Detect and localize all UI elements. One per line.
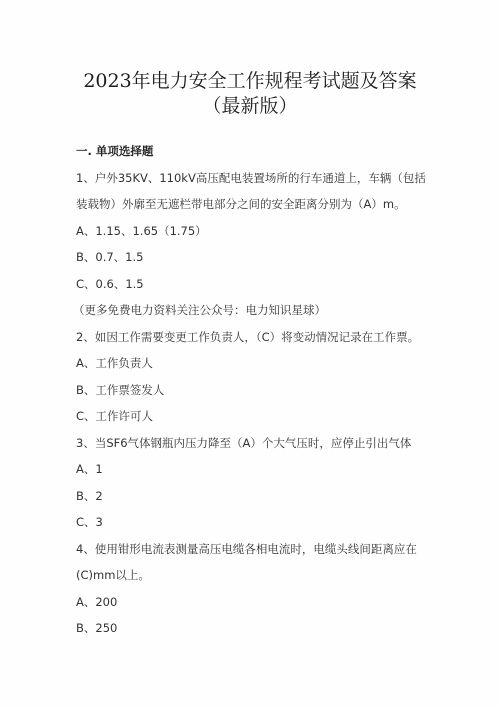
question-1-text: 1、户外35KV、110kV高压配电装置场所的行车通道上，车辆（包括 bbox=[76, 168, 476, 195]
question-3-option-b: B、2 bbox=[76, 486, 476, 513]
question-3-option-c: C、3 bbox=[76, 512, 476, 539]
question-1-option-c: C、0.6、1.5 bbox=[76, 274, 476, 301]
document-page: 2023年电力安全工作规程考试题及答案 （最新版） 一. 单项选择题 1、户外3… bbox=[0, 0, 500, 707]
question-3-text: 3、当SF6气体钢瓶内压力降至（A）个大气压时，应停止引出气体 bbox=[76, 433, 476, 460]
promo-note: （更多免费电力资料关注公众号：电力知识星球） bbox=[73, 300, 476, 327]
question-4-option-a: A、200 bbox=[76, 592, 476, 619]
question-3-option-a: A、1 bbox=[76, 459, 476, 486]
section-heading: 一. 单项选择题 bbox=[76, 141, 476, 168]
question-1-text-continued: 装载物）外廓至无遮栏带电部分之间的安全距离分别为（A）m。 bbox=[76, 194, 476, 221]
question-1-option-b: B、0.7、1.5 bbox=[76, 247, 476, 274]
document-body: 一. 单项选择题 1、户外35KV、110kV高压配电装置场所的行车通道上，车辆… bbox=[76, 141, 476, 645]
question-4-text: 4、使用钳形电流表测量高压电缆各相电流时，电缆头线间距离应在 bbox=[76, 539, 476, 566]
question-2-text: 2、如因工作需要变更工作负责人，（C）将变动情况记录在工作票。 bbox=[76, 327, 476, 354]
question-1-option-a: A、1.15、1.65（1.75） bbox=[76, 221, 476, 248]
document-title: 2023年电力安全工作规程考试题及答案 bbox=[0, 66, 500, 93]
question-2-option-c: C、工作许可人 bbox=[76, 406, 476, 433]
question-2-option-a: A、工作负责人 bbox=[76, 353, 476, 380]
question-4-option-b: B、250 bbox=[76, 618, 476, 645]
document-subtitle: （最新版） bbox=[0, 91, 500, 118]
question-2-option-b: B、工作票签发人 bbox=[76, 380, 476, 407]
question-4-text-continued: (C)mm以上。 bbox=[76, 565, 476, 592]
